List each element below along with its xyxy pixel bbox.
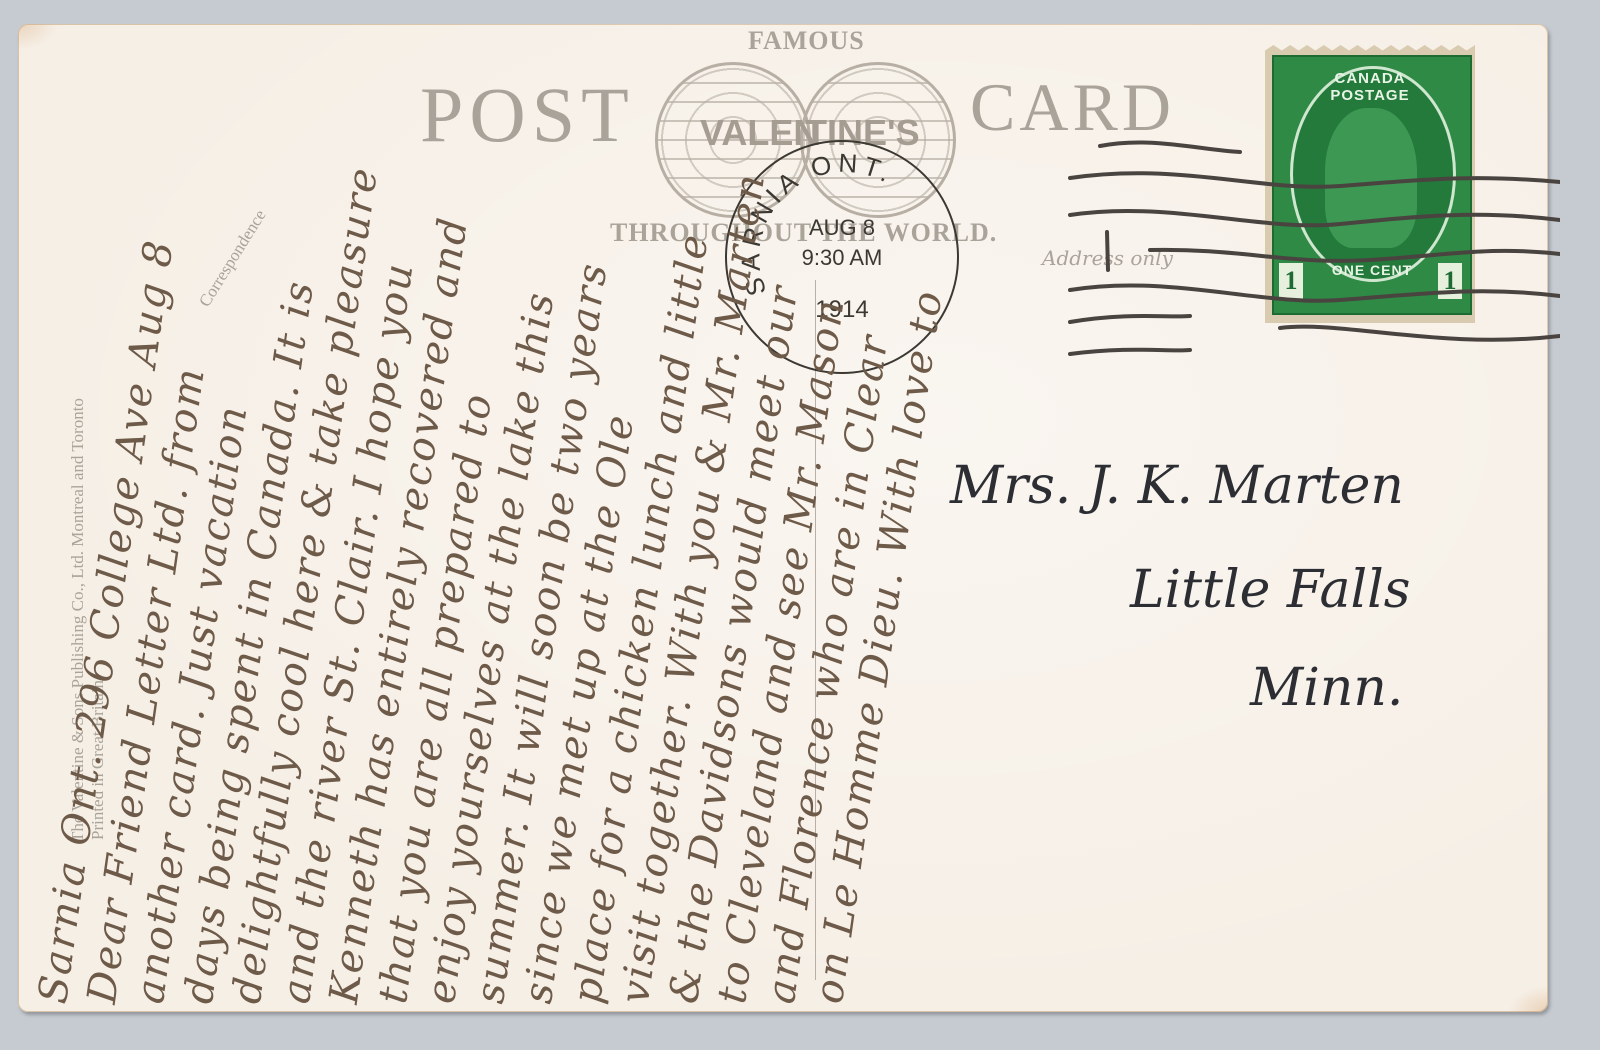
stamp-value-left: 1 bbox=[1279, 263, 1303, 299]
address-city: Little Falls bbox=[1130, 560, 1410, 620]
stamp-country-text: CANADA POSTAGE bbox=[1295, 70, 1445, 104]
stamp-value-right: 1 bbox=[1438, 263, 1462, 299]
address-state: Minn. bbox=[1250, 658, 1403, 718]
printed-post: POST bbox=[420, 70, 635, 160]
printed-address-only: Address only bbox=[1042, 246, 1173, 270]
king-portrait-icon bbox=[1325, 108, 1417, 248]
printed-card: CARD bbox=[970, 68, 1175, 147]
address-recipient: Mrs. J. K. Marten bbox=[950, 456, 1404, 516]
printed-famous: FAMOUS bbox=[748, 26, 865, 56]
stamp-value-text: ONE CENT bbox=[1330, 262, 1414, 278]
